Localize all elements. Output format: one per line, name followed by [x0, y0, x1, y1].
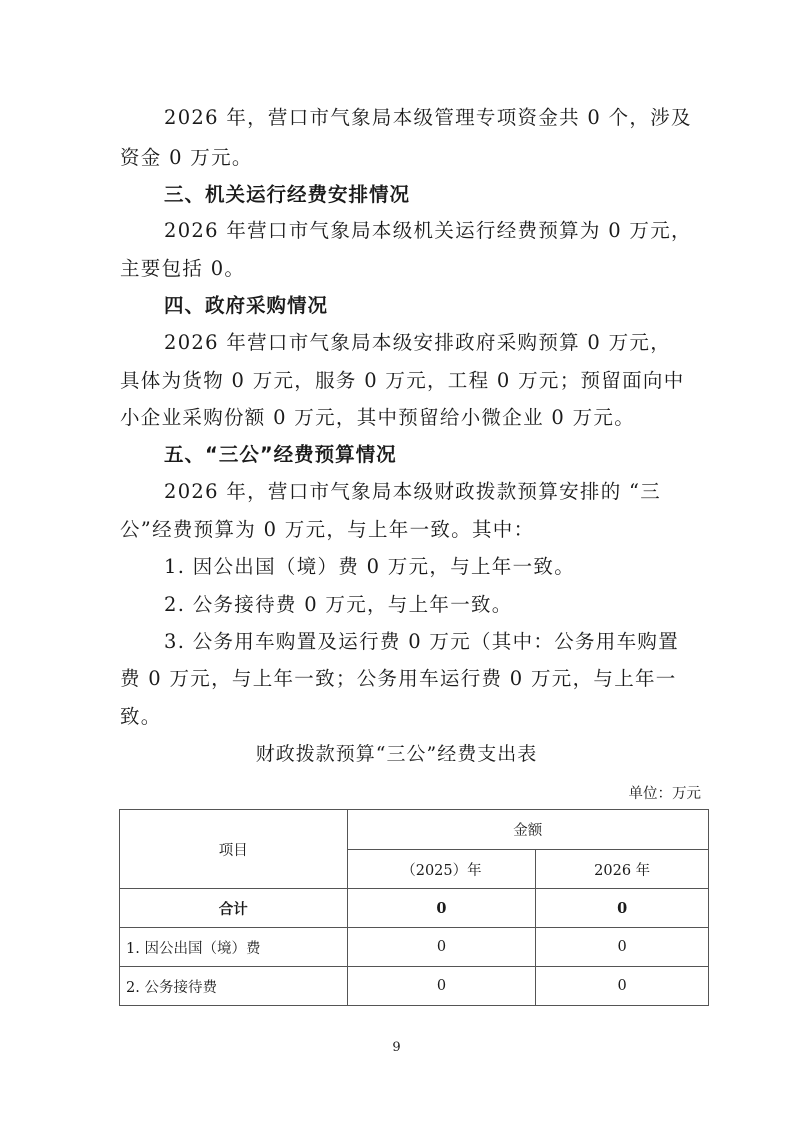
list-item-vehicles-cont-2: 致。 [120, 702, 680, 732]
paragraph-operating-costs: 2026 年营口市气象局本级机关运行经费预算为 0 万元， [164, 216, 724, 246]
list-item-reception: 2. 公务接待费 0 万元，与上年一致。 [164, 590, 724, 620]
row-prev-value: 0 [347, 889, 536, 928]
list-item-vehicles: 3. 公务用车购置及运行费 0 万元（其中：公务用车购置 [164, 627, 724, 657]
paragraph-procurement: 2026 年营口市气象局本级安排政府采购预算 0 万元， [164, 328, 724, 358]
list-item-vehicles-cont-1: 费 0 万元，与上年一致；公务用车运行费 0 万元，与上年一 [120, 664, 680, 694]
table-row: 2. 公务接待费 0 0 [120, 967, 709, 1006]
list-item-overseas: 1. 因公出国（境）费 0 万元，与上年一致。 [164, 552, 724, 582]
row-curr-value: 0 [536, 967, 709, 1006]
table-unit: 单位：万元 [629, 783, 702, 805]
header-year-prev: （2025）年 [347, 850, 536, 889]
section-heading-5: 五、“三公”经费预算情况 [164, 440, 724, 470]
row-curr-value: 0 [536, 889, 709, 928]
header-item: 项目 [120, 810, 348, 889]
paragraph-procurement-cont-2: 小企业采购份额 0 万元，其中预留给小微企业 0 万元。 [120, 403, 680, 433]
row-label: 合计 [120, 889, 348, 928]
row-prev-value: 0 [347, 967, 536, 1006]
header-year-curr: 2026 年 [536, 850, 709, 889]
table-row: 1. 因公出国（境）费 0 0 [120, 928, 709, 967]
section-heading-4: 四、政府采购情况 [164, 291, 724, 321]
paragraph-procurement-cont-1: 具体为货物 0 万元，服务 0 万元，工程 0 万元；预留面向中 [120, 366, 680, 396]
paragraph-three-public-cont: 公”经费预算为 0 万元，与上年一致。其中： [120, 515, 680, 545]
row-curr-value: 0 [536, 928, 709, 967]
paragraph-special-funds-cont: 资金 0 万元。 [120, 143, 680, 173]
page-number: 9 [0, 1040, 793, 1055]
header-amount: 金额 [347, 810, 708, 850]
three-public-expense-table: 项目 金额 （2025）年 2026 年 合计 0 0 1. 因公出国（境）费 … [119, 809, 709, 1006]
row-prev-value: 0 [347, 928, 536, 967]
paragraph-three-public: 2026 年，营口市气象局本级财政拨款预算安排的 “三 [164, 477, 724, 507]
row-label: 1. 因公出国（境）费 [120, 928, 348, 967]
paragraph-special-funds: 2026 年，营口市气象局本级管理专项资金共 0 个，涉及 [164, 103, 724, 133]
row-label: 2. 公务接待费 [120, 967, 348, 1006]
table-title: 财政拨款预算“三公”经费支出表 [0, 740, 793, 768]
paragraph-operating-costs-cont: 主要包括 0。 [120, 254, 680, 284]
table-row: 合计 0 0 [120, 889, 709, 928]
section-heading-3: 三、机关运行经费安排情况 [164, 180, 724, 210]
